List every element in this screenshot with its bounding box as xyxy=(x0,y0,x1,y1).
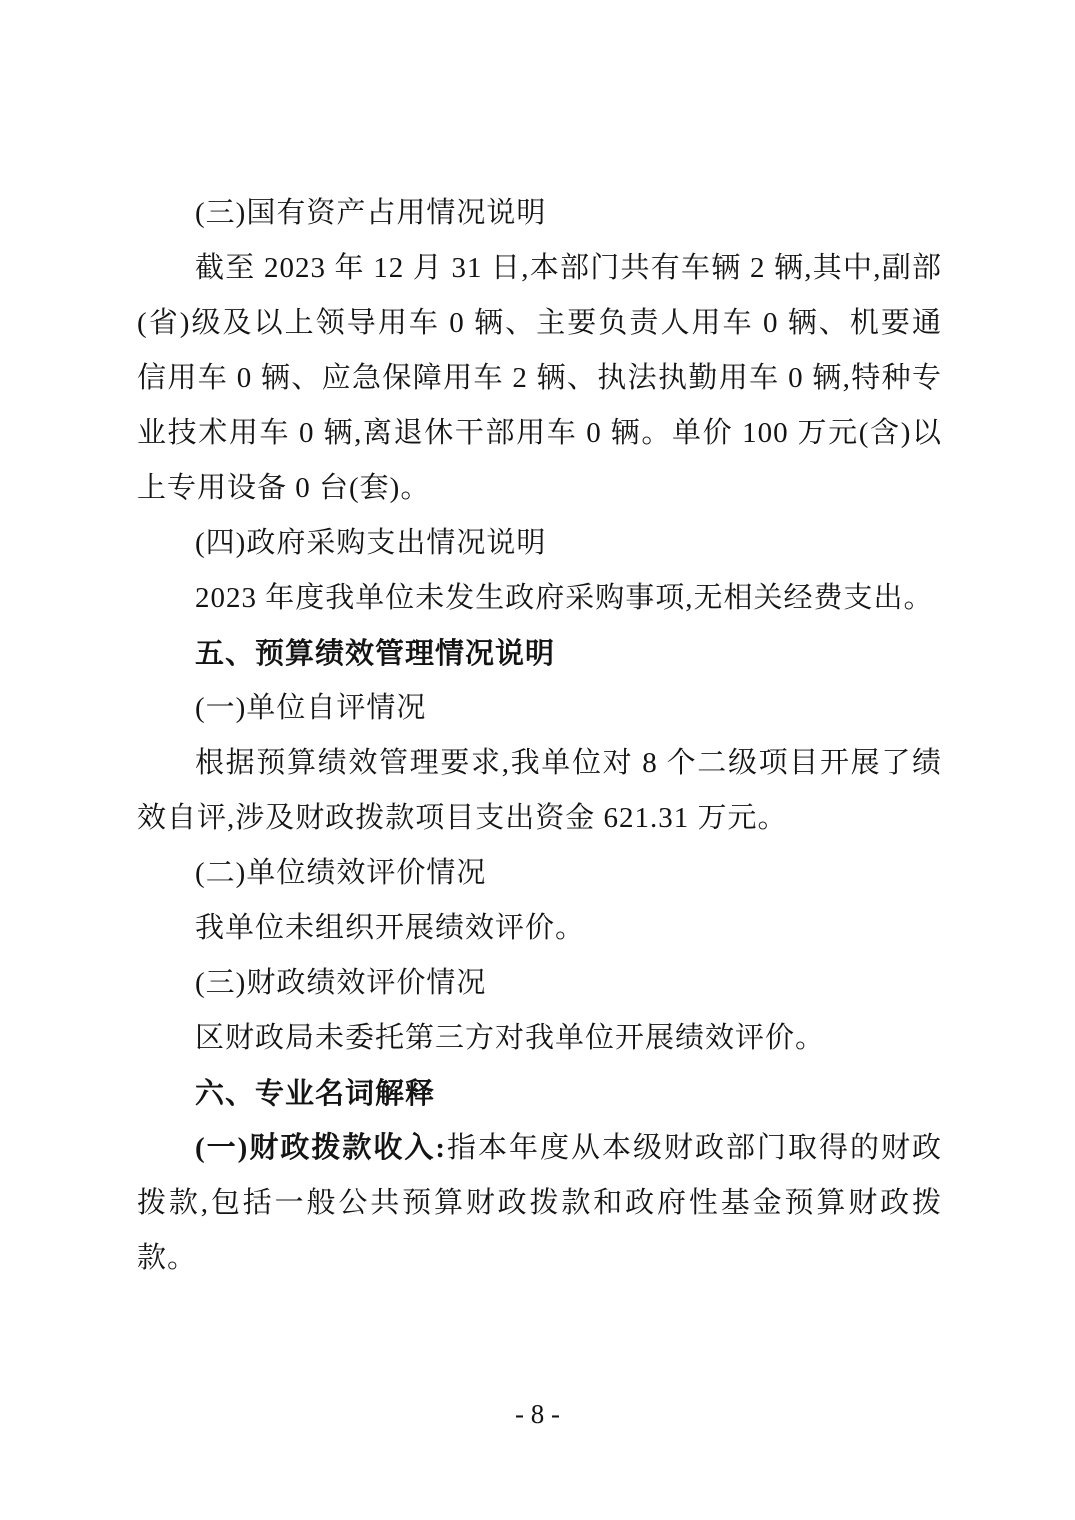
subheading-unit-evaluation: (二)单位绩效评价情况 xyxy=(137,846,942,901)
paragraph-unit-evaluation: 我单位未组织开展绩效评价。 xyxy=(137,901,942,956)
paragraph-finance-evaluation: 区财政局未委托第三方对我单位开展绩效评价。 xyxy=(137,1011,942,1066)
paragraph-self-evaluation: 根据预算绩效管理要求,我单位对 8 个二级项目开展了绩效自评,涉及财政拨款项目支… xyxy=(137,736,942,846)
heading-performance-management: 五、预算绩效管理情况说明 xyxy=(137,626,942,681)
document-content: (三)国有资产占用情况说明 截至 2023 年 12 月 31 日,本部门共有车… xyxy=(137,186,942,1286)
paragraph-glossary-term: (一)财政拨款收入:指本年度从本级财政部门取得的财政拨款,包括一般公共预算财政拨… xyxy=(137,1121,942,1286)
heading-glossary: 六、专业名词解释 xyxy=(137,1066,942,1121)
subheading-finance-evaluation: (三)财政绩效评价情况 xyxy=(137,956,942,1011)
glossary-term-title: (一)财政拨款收入: xyxy=(195,1132,446,1164)
subheading-state-assets: (三)国有资产占用情况说明 xyxy=(137,186,942,241)
page-number: - 8 - xyxy=(0,1399,1075,1430)
paragraph-procurement: 2023 年度我单位未发生政府采购事项,无相关经费支出。 xyxy=(137,571,942,626)
subheading-procurement: (四)政府采购支出情况说明 xyxy=(137,516,942,571)
document-page: (三)国有资产占用情况说明 截至 2023 年 12 月 31 日,本部门共有车… xyxy=(0,0,1075,1520)
paragraph-state-assets: 截至 2023 年 12 月 31 日,本部门共有车辆 2 辆,其中,副部(省)… xyxy=(137,241,942,516)
subheading-self-evaluation: (一)单位自评情况 xyxy=(137,681,942,736)
